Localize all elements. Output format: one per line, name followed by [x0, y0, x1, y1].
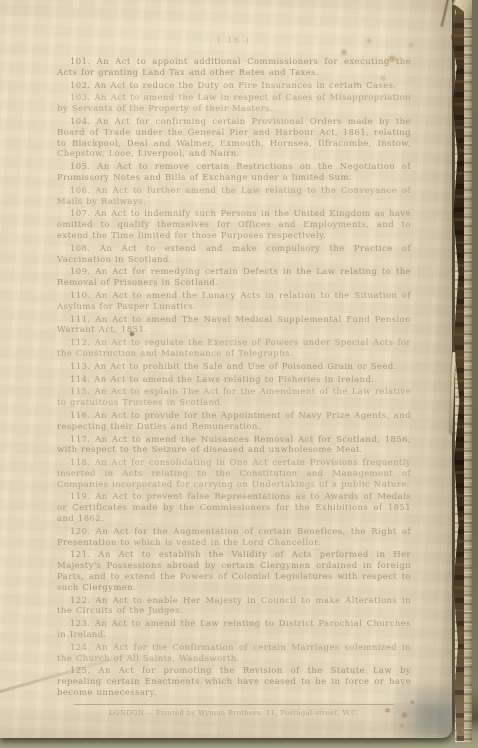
act-entry: 124. An Act for the Confirmation of cert… [57, 643, 411, 665]
act-entry: 113. An Act to prohibit the Sale and Use… [57, 362, 411, 373]
act-entry: 106. An Act to further amend the Law rel… [57, 186, 411, 208]
act-entry: 109. An Act for remedying certain Defect… [57, 267, 411, 289]
act-entry: 115. An Act to explain The Act for the A… [57, 387, 411, 409]
corner-crease [441, 0, 450, 27]
act-entry: 122. An Act to enable Her Majesty in Cou… [57, 596, 411, 618]
printed-text-column: ( 16 ) 101. An Act to appoint additional… [57, 36, 411, 717]
imprint-divider-rule [74, 704, 394, 705]
act-entry: 120. An Act for the Augmentation of cert… [57, 527, 411, 549]
act-entry: 117. An Act to amend the Nuisances Remov… [57, 435, 411, 457]
photograph-of-book-page: { "document": { "page_number_heading": "… [0, 0, 478, 748]
page-number: ( 16 ) [57, 36, 411, 45]
act-entry: 110. An Act to amend the Lunacy Acts in … [57, 291, 411, 313]
act-entry: 107. An Act to indemnify such Persons in… [57, 209, 411, 241]
printer-imprint: LONDON — Printed by Wyman Brothers, 11, … [57, 709, 411, 717]
book-page: ( 16 ) 101. An Act to appoint additional… [0, 0, 452, 738]
act-entry: 103. An Act to amend the Law in respect … [57, 93, 411, 115]
act-entry: 125. An Act for promoting the Revision o… [57, 666, 411, 698]
acts-list: 101. An Act to appoint additional Commis… [57, 57, 411, 699]
act-entry: 105. An Act to remove certain Restrictio… [57, 162, 411, 184]
act-entry: 111. An Act to amend The Naval Medical S… [57, 315, 411, 337]
corner-shadow-smudge [404, 688, 460, 738]
act-entry: 118. An Act for consolidating in One Act… [57, 458, 411, 490]
act-entry: 102. An Act to reduce the Duty on Fire I… [57, 81, 411, 92]
act-entry: 119. An Act to prevent false Representat… [57, 492, 411, 524]
act-entry: 112. An Act to regulate the Exercise of … [57, 338, 411, 360]
act-entry: 108. An Act to extend and make compulsor… [57, 244, 411, 266]
act-entry: 116. An Act to provide for the Appointme… [57, 411, 411, 433]
act-entry: 123. An Act to amend the Law relating to… [57, 619, 411, 641]
act-entry: 114. An Act to amend the Laws relating t… [57, 375, 411, 386]
act-entry: 121. An Act to establish the Validity of… [57, 550, 411, 593]
act-entry: 101. An Act to appoint additional Commis… [57, 57, 411, 79]
act-entry: 104. An Act for confirming certain Provi… [57, 117, 411, 160]
